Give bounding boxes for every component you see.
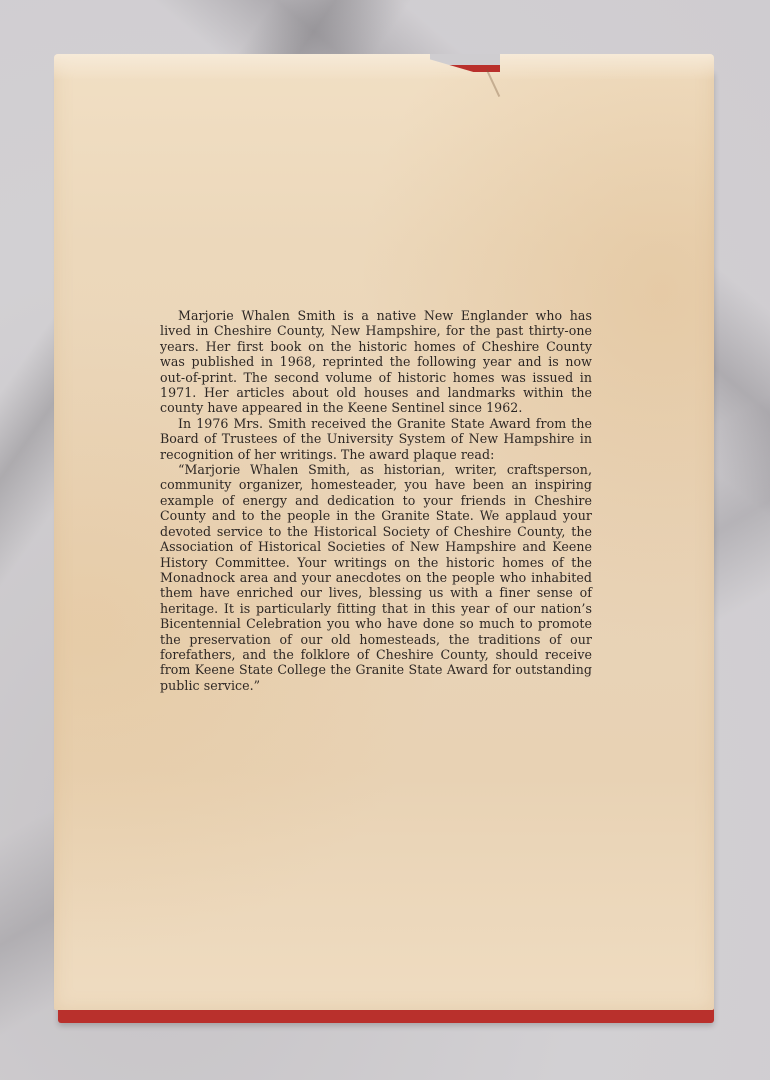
award-plaque-quote: “Marjorie Whalen Smith, as historian, wr…	[160, 462, 592, 693]
book: Marjorie Whalen Smith is a native New En…	[52, 52, 716, 1024]
author-bio: Marjorie Whalen Smith is a native New En…	[160, 308, 592, 693]
bio-paragraph-intro: Marjorie Whalen Smith is a native New En…	[160, 308, 592, 416]
jacket-edge-wear	[54, 54, 714, 80]
dust-jacket-back: Marjorie Whalen Smith is a native New En…	[54, 54, 714, 1010]
bio-paragraph-award: In 1976 Mrs. Smith received the Granite …	[160, 416, 592, 462]
